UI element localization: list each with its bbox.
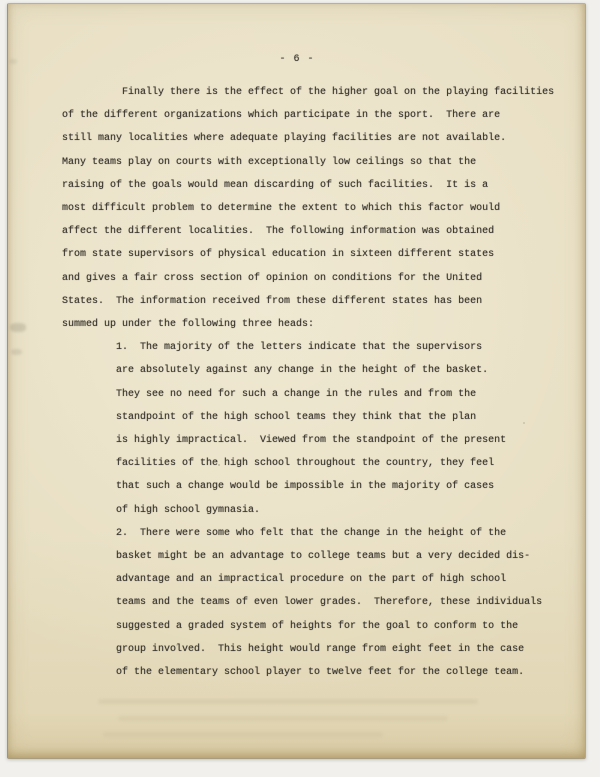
- text-line: suggested a graded system of heights for…: [62, 615, 532, 638]
- text-line: of high school gymnasia.: [62, 499, 532, 522]
- bleed-through-ghost: [118, 716, 448, 721]
- text-line: group involved. This height would range …: [62, 638, 532, 661]
- text-line: 2. There were some who felt that the cha…: [62, 522, 532, 545]
- text-line: of the different organizations which par…: [62, 104, 532, 127]
- scan-speck: [218, 464, 220, 466]
- text-line: summed up under the following three head…: [62, 313, 532, 336]
- page-number: - 6 -: [62, 54, 532, 65]
- text-line: 1. The majority of the letters indicate …: [62, 336, 532, 359]
- scan-background: { "colors": { "scan_background": "#f1f0e…: [0, 0, 600, 777]
- text-line: standpoint of the high school teams they…: [62, 406, 532, 429]
- edge-smudge-mark: [11, 349, 22, 355]
- document-page: - 6 - Finally there is the effect of the…: [7, 3, 586, 759]
- text-line: States. The information received from th…: [62, 290, 532, 313]
- edge-smudge-mark: [10, 323, 26, 332]
- edge-smudge-mark: [9, 59, 17, 64]
- text-line: Many teams play on courts with exception…: [62, 151, 532, 174]
- text-line: advantage and an impractical procedure o…: [62, 568, 532, 591]
- text-line: that such a change would be impossible i…: [62, 475, 532, 498]
- paragraph: Finally there is the effect of the highe…: [62, 81, 532, 336]
- bleed-through-ghost: [103, 732, 383, 737]
- list-item-1: 1. The majority of the letters indicate …: [62, 336, 532, 522]
- text-line: is highly impractical. Viewed from the s…: [62, 429, 532, 452]
- text-line: from state supervisors of physical educa…: [62, 243, 532, 266]
- text-line: They see no need for such a change in th…: [62, 383, 532, 406]
- text-line: still many localities where adequate pla…: [62, 127, 532, 150]
- text-line: and gives a fair cross section of opinio…: [62, 267, 532, 290]
- text-line: facilities of the high school throughout…: [62, 452, 532, 475]
- text-line: most difficult problem to determine the …: [62, 197, 532, 220]
- document-text: Finally there is the effect of the highe…: [62, 81, 532, 684]
- text-line: raising of the goals would mean discardi…: [62, 174, 532, 197]
- bleed-through-ghost: [98, 699, 478, 704]
- list-item-2: 2. There were some who felt that the cha…: [62, 522, 532, 684]
- scan-speck: [523, 422, 525, 424]
- text-line: teams and the teams of even lower grades…: [62, 591, 532, 614]
- text-line: are absolutely against any change in the…: [62, 359, 532, 382]
- text-line: basket might be an advantage to college …: [62, 545, 532, 568]
- text-line: of the elementary school player to twelv…: [62, 661, 532, 684]
- scan-speck: [176, 644, 178, 646]
- text-line: Finally there is the effect of the highe…: [62, 81, 532, 104]
- text-line: affect the different localities. The fol…: [62, 220, 532, 243]
